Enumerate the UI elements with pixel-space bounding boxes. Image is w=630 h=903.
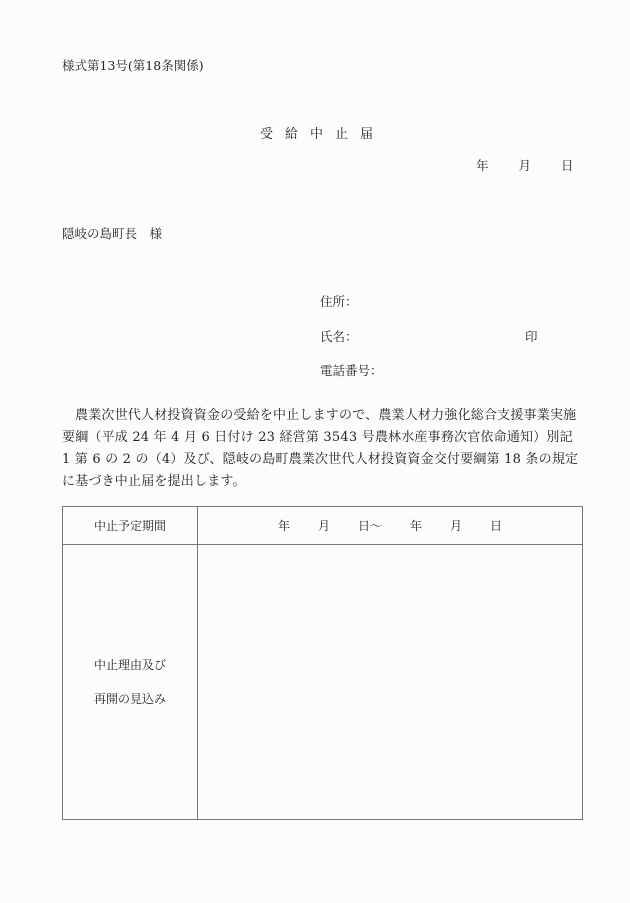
period-end-month: 月 — [450, 517, 462, 534]
period-start-day: 日〜 — [358, 517, 382, 534]
submission-date: 年月日 — [476, 156, 574, 174]
address-label: 住所： — [320, 292, 358, 310]
period-end-day: 日 — [490, 517, 502, 534]
seal-mark: 印 — [525, 327, 538, 345]
date-year: 年 — [476, 156, 489, 174]
reason-label-line-2: 再開の見込み — [63, 682, 197, 716]
table-row-period: 中止予定期間 年月日〜年月日 — [63, 507, 583, 545]
date-month: 月 — [519, 156, 532, 174]
date-day: 日 — [561, 156, 574, 174]
period-end-year: 年 — [410, 517, 422, 534]
phone-label: 電話番号： — [320, 361, 383, 379]
document-title: 受給中止届 — [260, 123, 385, 142]
period-start-year: 年 — [278, 517, 290, 534]
reason-label-line-1: 中止理由及び — [63, 648, 197, 682]
period-start-month: 月 — [318, 517, 330, 534]
body-paragraph: 農業次世代人材投資資金の受給を中止しますので、農業人材力強化総合支援事業実施要綱… — [62, 405, 582, 493]
form-table: 中止予定期間 年月日〜年月日 中止理由及び 再開の見込み — [62, 506, 583, 820]
form-number: 様式第13号(第18条関係) — [62, 56, 204, 74]
reason-label: 中止理由及び 再開の見込み — [63, 545, 198, 820]
period-label: 中止予定期間 — [63, 507, 198, 545]
table-row-reason: 中止理由及び 再開の見込み — [63, 545, 583, 820]
name-label: 氏名： — [320, 327, 358, 345]
reason-value-field[interactable] — [198, 545, 583, 820]
period-value[interactable]: 年月日〜年月日 — [198, 507, 583, 545]
addressee: 隠岐の島町長 様 — [62, 224, 162, 242]
